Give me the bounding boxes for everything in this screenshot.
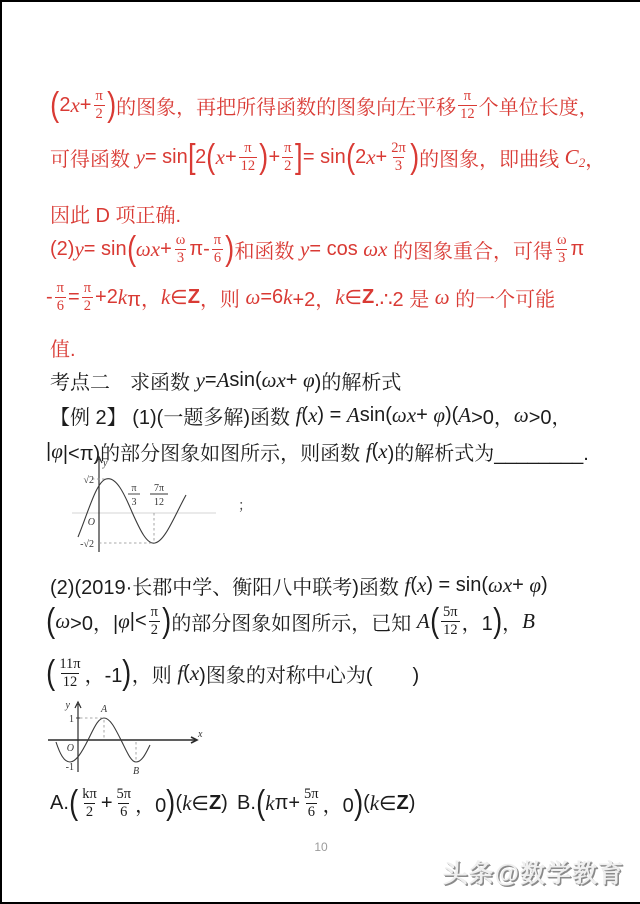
g2-one-label: 1 — [69, 714, 74, 725]
text-line-p5: -π6=π2+2kπ，k∈Z，则 ω=6k+2，k∈Z.∴2 是 ω 的一个可能 — [46, 274, 555, 320]
text-line-p4: (2)y= sin(ωx+ω3π-π6)和函数 y= cos ωx 的图象重合，… — [50, 226, 584, 272]
g1-y-axis-label: y — [102, 458, 108, 469]
g2-y-axis-label: y — [65, 700, 71, 711]
g1-max-label: √2 — [84, 475, 95, 486]
g2-neg-one-label: -1 — [66, 762, 74, 773]
fraction: π12 — [239, 140, 258, 173]
fraction: ω3 — [555, 232, 569, 265]
g1-xtick1-num: π — [131, 483, 136, 494]
option-a: A.(kπ2+5π6，0)(k∈Z) — [50, 780, 228, 826]
sine-graph-example1: y √2 O π 3 7π 12 -√2 ； — [54, 455, 252, 555]
g1-xtick2-num: 7π — [154, 483, 164, 494]
text-line-p1: (2x+π2)的图象，再把所得函数的图象向左平移π12个单位长度， — [50, 82, 599, 128]
fraction: π2 — [282, 140, 293, 173]
fraction: π2 — [149, 604, 160, 637]
text-line-p12: (11π12，-1)，则 f(x)图象的对称中心为( ) — [46, 650, 419, 696]
fraction: π6 — [55, 280, 66, 313]
sine-graph-example2: y 1 A O B x -1 — [40, 698, 205, 783]
sine-graph-example1-svg: y √2 O π 3 7π 12 -√2 — [54, 455, 234, 555]
fraction: 11π12 — [57, 656, 82, 689]
fraction: 5π6 — [115, 786, 134, 819]
fraction: π2 — [82, 280, 93, 313]
option-b: B.(kπ+5π6，0)(k∈Z) — [237, 780, 415, 826]
fraction: 5π12 — [441, 604, 460, 637]
fraction: π6 — [212, 232, 223, 265]
g1-min-label: -√2 — [80, 539, 94, 550]
fraction: 5π6 — [302, 786, 321, 819]
sine-graph-example2-svg: y 1 A O B x -1 — [40, 698, 205, 783]
semicolon-mark: ； — [238, 495, 252, 515]
fraction: π2 — [93, 88, 104, 121]
g1-xtick1-den: 3 — [132, 497, 137, 508]
page-number: 10 — [2, 840, 640, 854]
text-line-p11: (ω>0，|φ|<π2)的部分图象如图所示，已知 A(5π12，1)，B — [46, 598, 535, 644]
g1-xtick2-den: 12 — [154, 497, 164, 508]
fraction: kπ2 — [80, 786, 99, 819]
g2-point-a-label: A — [100, 704, 108, 715]
g2-point-b-label: B — [133, 766, 139, 777]
fraction: 2π3 — [389, 140, 408, 173]
fraction: π12 — [458, 88, 477, 121]
g2-x-axis-label: x — [197, 729, 203, 740]
text-line-p2: 可得函数 y= sin[2(x+π12)+π2]= sin(2x+2π3)的图象… — [50, 134, 605, 180]
watermark-text: 头条@数学教育 — [443, 854, 624, 890]
g1-origin-label: O — [88, 517, 95, 528]
document-page: (2x+π2)的图象，再把所得函数的图象向左平移π12个单位长度， 可得函数 y… — [0, 0, 640, 904]
fraction: ω3 — [174, 232, 188, 265]
g2-origin-label: O — [67, 743, 74, 754]
